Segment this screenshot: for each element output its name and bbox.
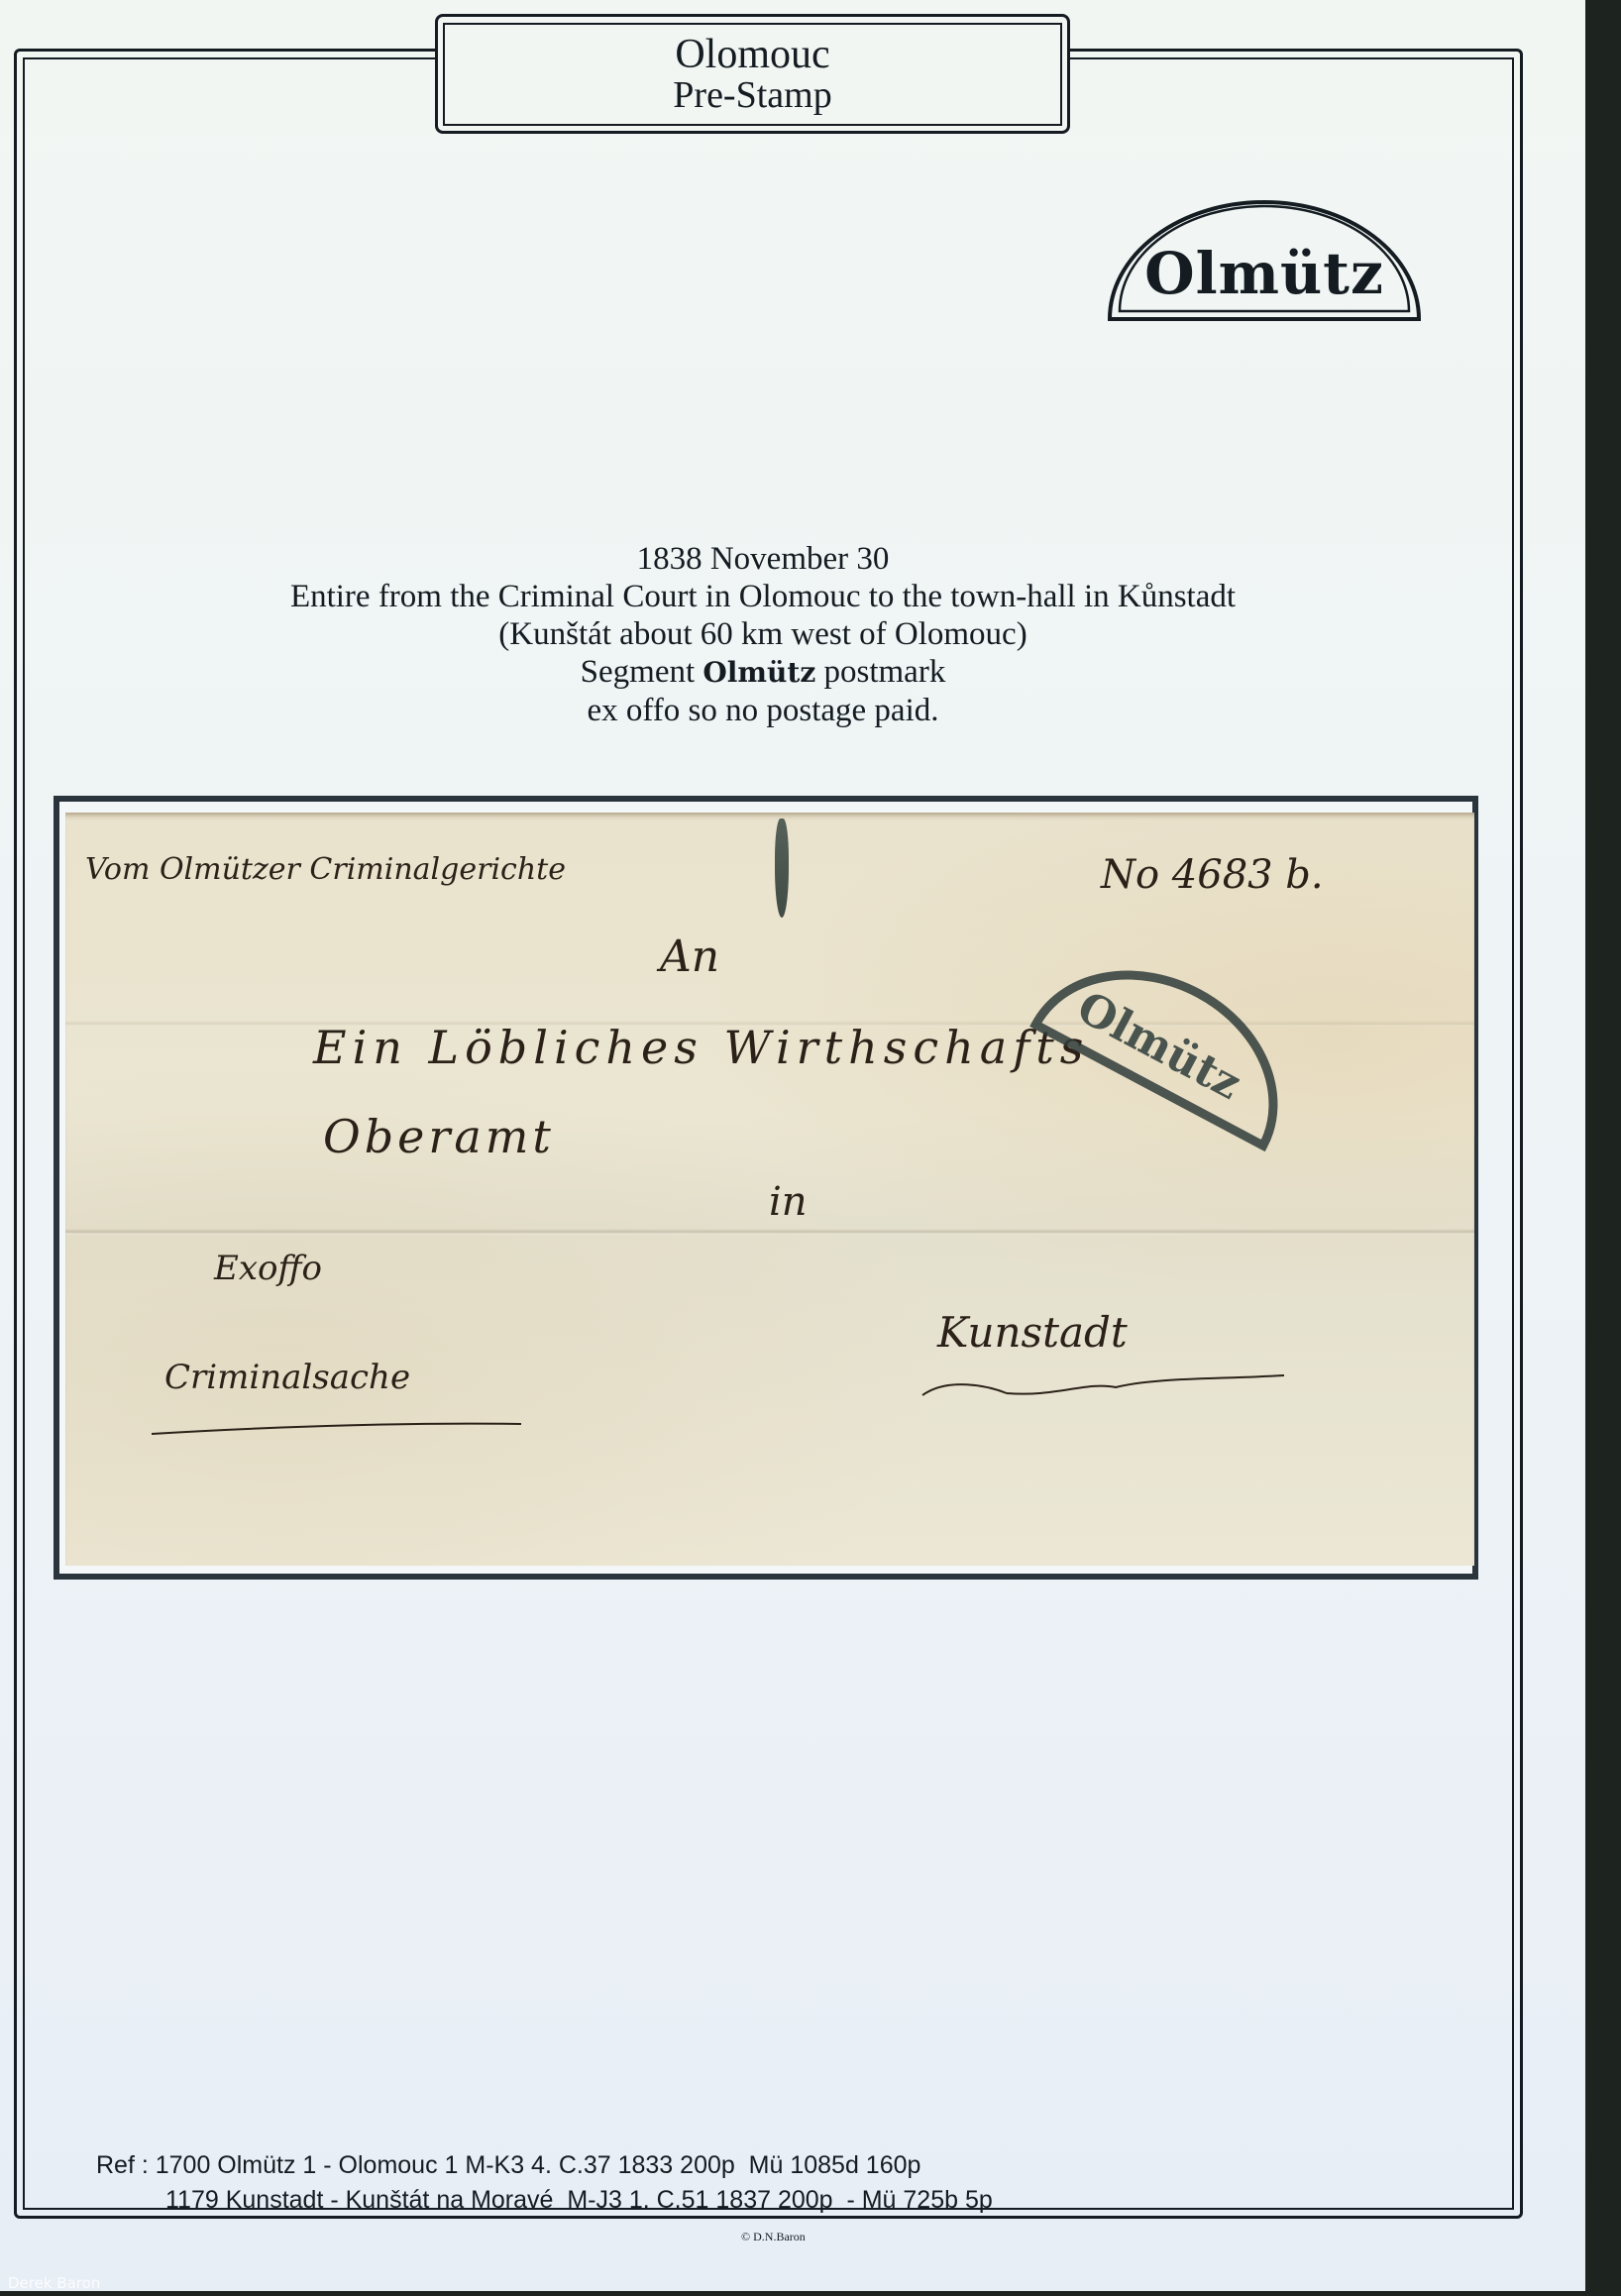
flourish-underline-icon — [918, 1367, 1294, 1407]
underline-stroke-icon — [150, 1412, 526, 1442]
page-title: Olomouc — [675, 34, 829, 75]
description-line3-suffix: postmark — [815, 654, 945, 690]
fold-line — [65, 1229, 1474, 1235]
watermark: Derek Baron — [8, 2274, 100, 2292]
segment-postmark-illustration: Olmütz — [1107, 198, 1422, 323]
entire-letter-cover: Vom Olmützer Criminalgerichte No 4683 b.… — [65, 813, 1474, 1566]
wax-seal-trace — [775, 819, 789, 918]
item-description: 1838 November 30 Entire from the Crimina… — [139, 540, 1387, 729]
gothic-postmark-name: Olmütz — [702, 656, 815, 689]
reference-line1: Ref : 1700 Olmütz 1 - Olomouc 1 M-K3 4. … — [96, 2148, 993, 2183]
address-in: in — [769, 1179, 808, 1225]
copyright-text: © D.N.Baron — [741, 2230, 806, 2244]
description-line1: Entire from the Criminal Court in Olomou… — [139, 578, 1387, 615]
number-note: No 4683 b. — [1101, 852, 1324, 898]
sender-note: Vom Olmützer Criminalgerichte — [85, 852, 566, 887]
scan-edge-right — [1585, 0, 1621, 2296]
address-an: An — [660, 931, 719, 982]
note-criminalsache: Criminalsache — [164, 1358, 410, 1397]
address-line1: Ein Löbliches Wirthschafts — [313, 1021, 1089, 1074]
page-subtitle: Pre-Stamp — [673, 75, 831, 115]
description-line2: (Kunštát about 60 km west of Olomouc) — [139, 615, 1387, 653]
references-block: Ref : 1700 Olmütz 1 - Olomouc 1 M-K3 4. … — [96, 2148, 993, 2218]
description-line3: Segment Olmütz postmark — [139, 653, 1387, 692]
note-exoffo: Exoffo — [214, 1249, 322, 1288]
title-box-inner: Olomouc Pre-Stamp — [443, 23, 1062, 126]
reference-line2: 1179 Kunstadt - Kunštát na Moravé M-J3 1… — [96, 2183, 993, 2218]
description-date: 1838 November 30 — [139, 540, 1387, 578]
address-line2: Oberamt — [323, 1110, 555, 1163]
postmark-illustration-text: Olmütz — [1107, 240, 1422, 307]
scan-edge-bottom — [0, 2291, 1621, 2296]
description-line3-prefix: Segment — [581, 654, 703, 690]
address-town: Kunstadt — [937, 1308, 1128, 1357]
description-line4: ex offo so no postage paid. — [139, 692, 1387, 729]
